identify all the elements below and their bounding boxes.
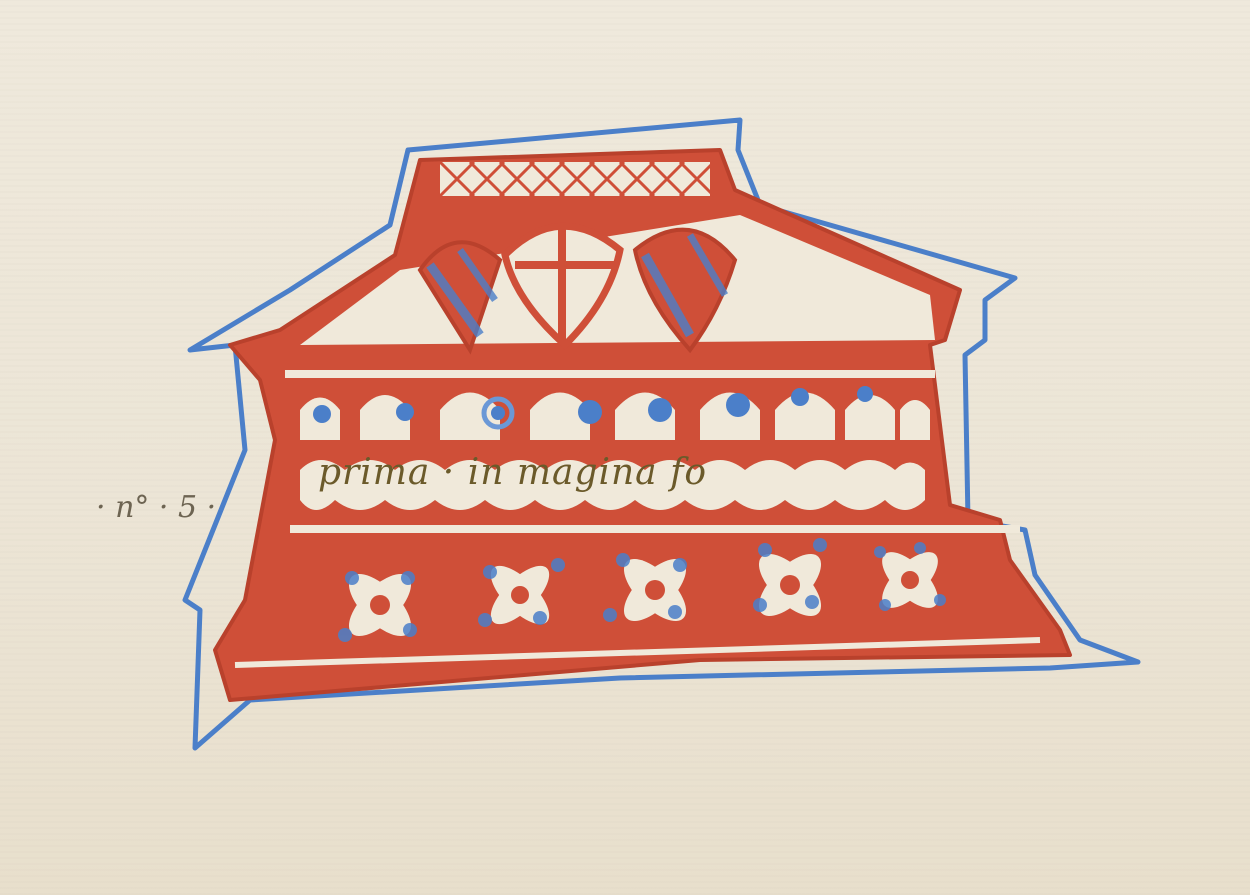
manuscript-caption: prima · in magina fo — [318, 452, 707, 493]
shield-row — [420, 225, 735, 350]
margin-note: · n° · 5 · — [96, 490, 216, 525]
manuscript-drawing — [0, 0, 1250, 895]
